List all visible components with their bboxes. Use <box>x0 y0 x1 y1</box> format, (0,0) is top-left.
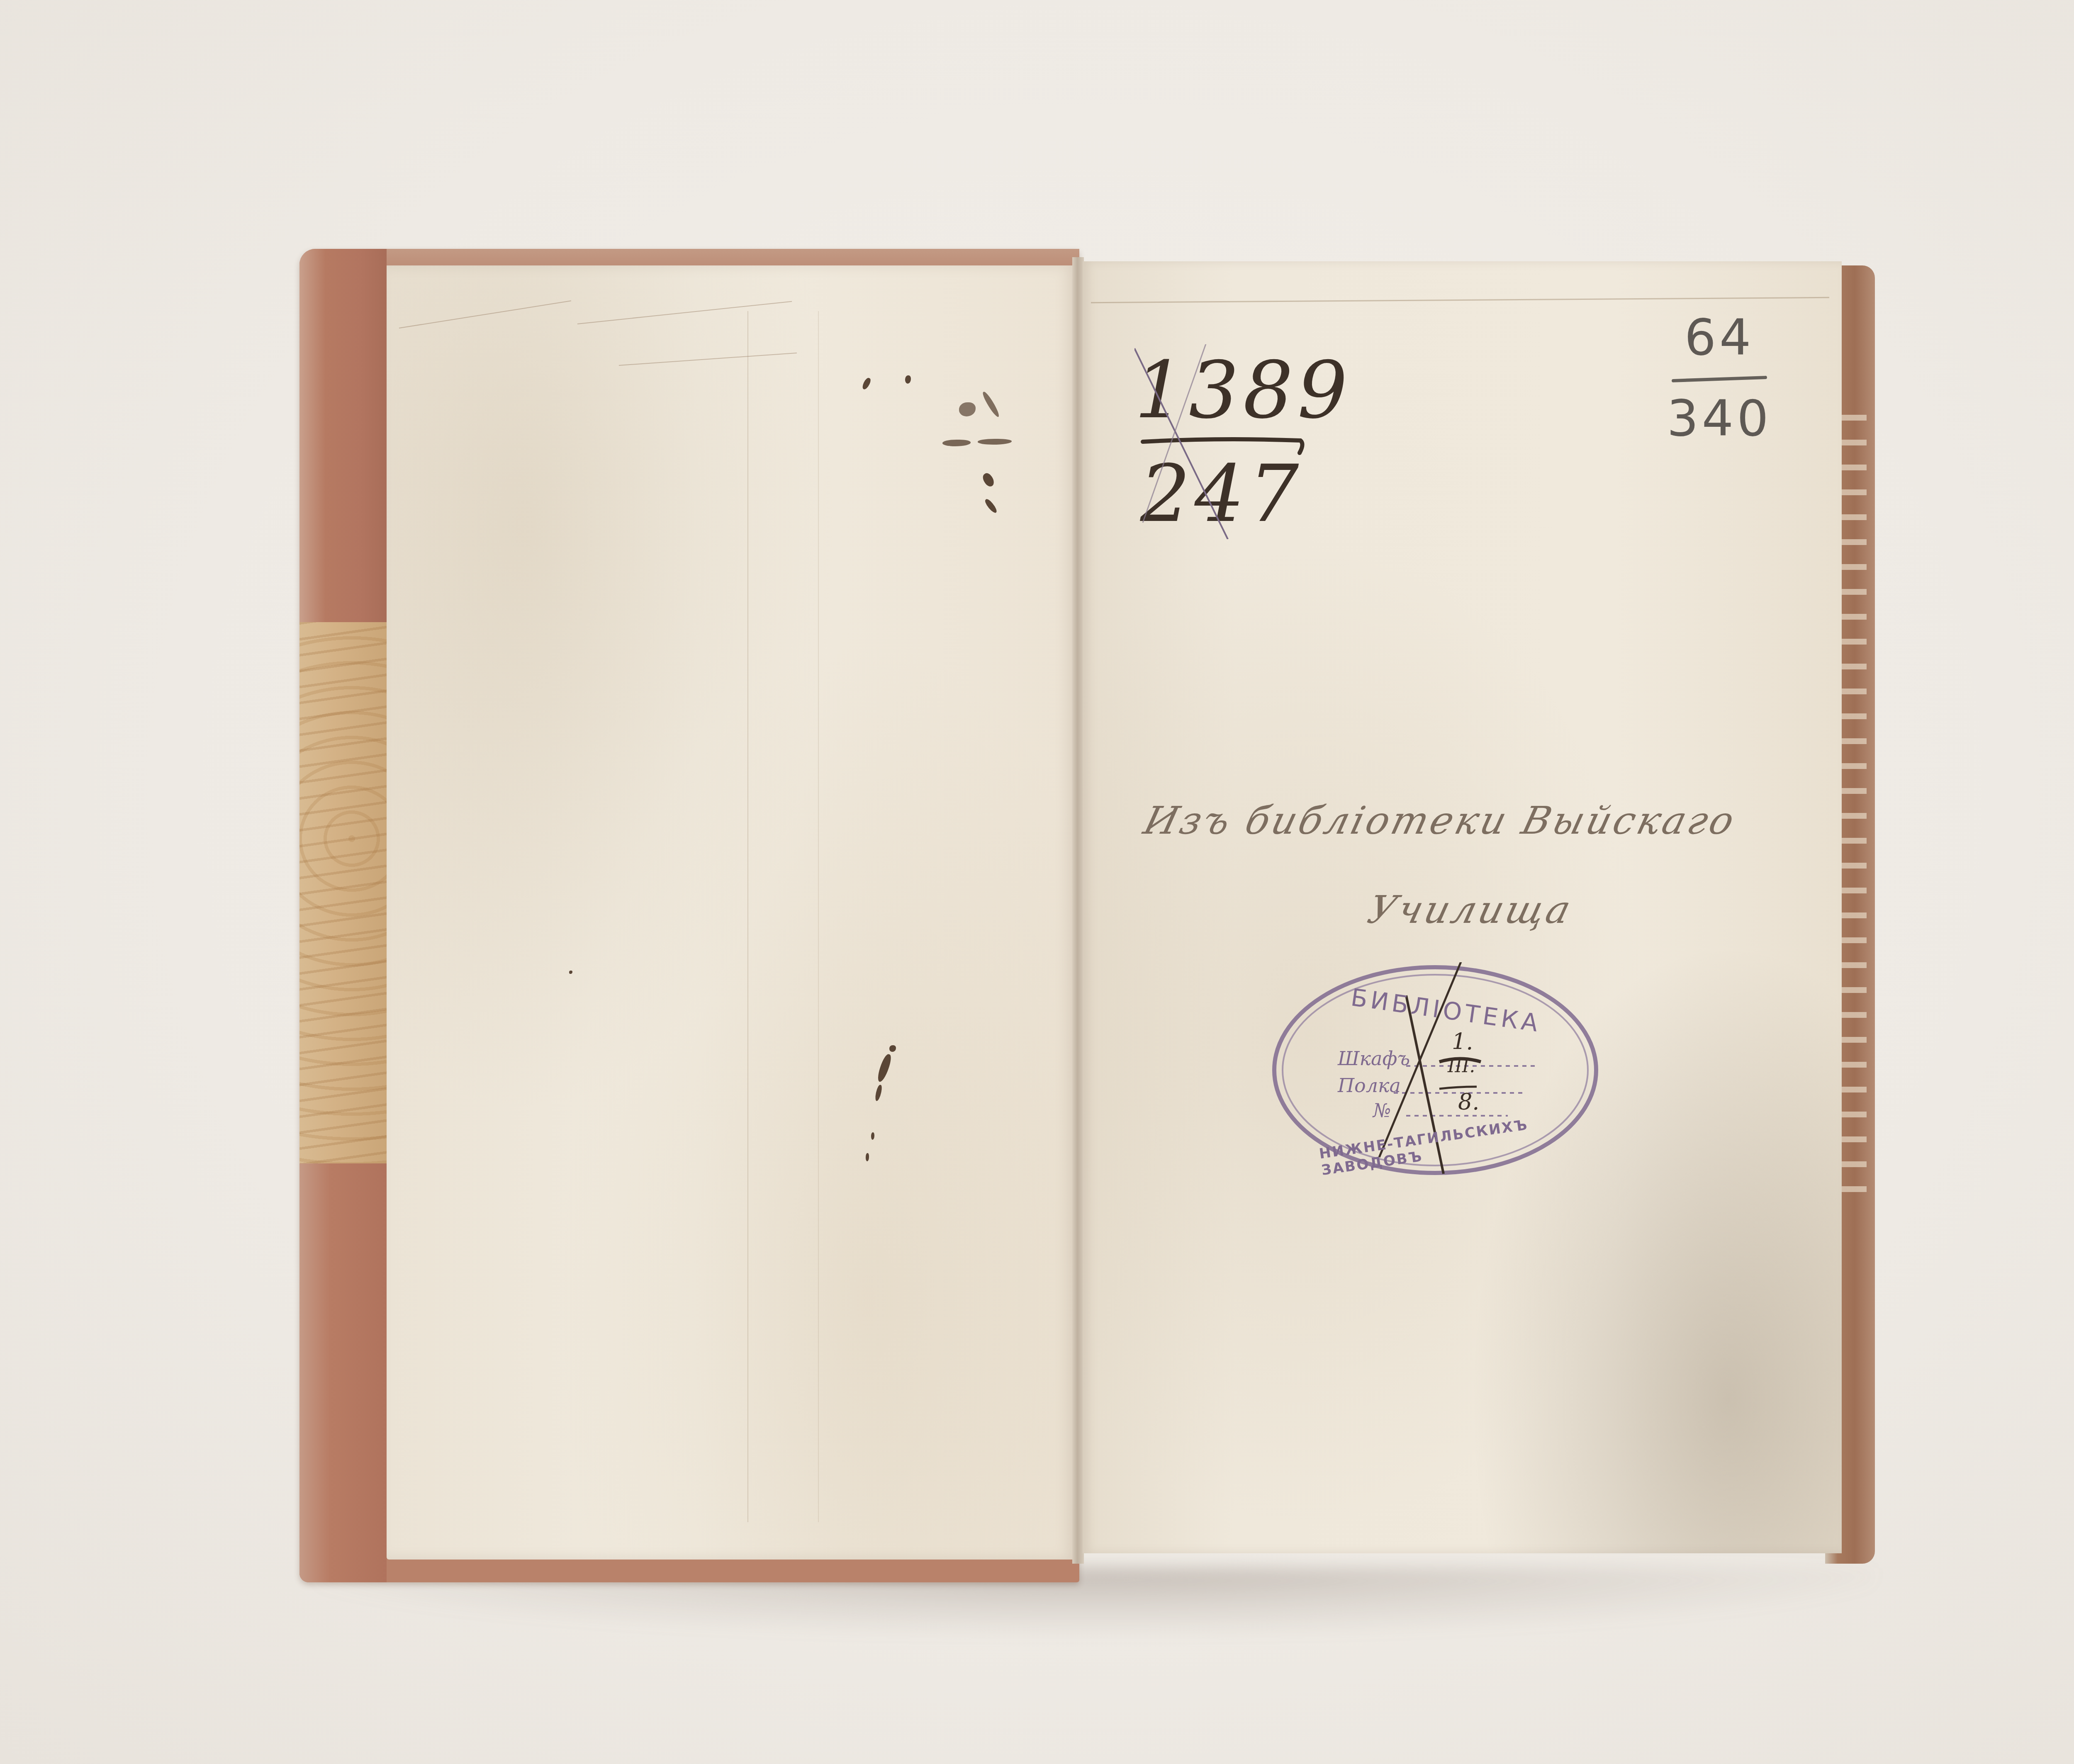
worn-leather-edge <box>1838 415 1867 1203</box>
fraction-bar <box>1672 376 1767 382</box>
ink-blot <box>861 377 871 390</box>
ink-dash <box>942 440 971 446</box>
ink-blot <box>983 498 998 514</box>
inscription-line-1: Изъ библіотеки Выйскаго <box>1139 798 1741 843</box>
ink-blot <box>981 472 996 488</box>
pencil-top-number: 64 <box>1655 309 1784 367</box>
ink-blot <box>959 402 976 416</box>
stamp-field-value-number: 8. <box>1458 1089 1480 1115</box>
shelfmark-strikeout-icon <box>1134 344 1309 539</box>
page-fold-line <box>747 311 748 1522</box>
stamp-field-value-shelf-row: III. <box>1448 1056 1475 1077</box>
ink-blot <box>905 375 911 384</box>
ink-blot <box>981 391 1001 418</box>
marbled-paper-panel <box>299 622 387 1163</box>
leather-corner-top <box>299 249 387 622</box>
ink-blot <box>871 1132 874 1140</box>
page-fold-line <box>818 311 819 1522</box>
page-crease <box>399 300 571 328</box>
ink-blot <box>866 1153 869 1161</box>
page-crease <box>1091 297 1829 303</box>
ink-streak <box>874 1084 883 1102</box>
ink-blot <box>889 1045 896 1052</box>
inscription-line-2: Училища <box>1363 888 1577 932</box>
ink-speck <box>569 971 572 974</box>
page-crease <box>577 301 792 324</box>
pencil-shelfmark: 64 340 <box>1655 309 1784 458</box>
stamp-field-label-shelf-row: Полка <box>1338 1074 1401 1097</box>
library-stamp: БИБЛІОТЕКА Шкафъ 1. Полка III. № 8. НИЖН… <box>1269 962 1601 1178</box>
pencil-bottom-number: 340 <box>1655 390 1784 448</box>
page-crease <box>619 353 797 366</box>
left-flyleaf-page <box>387 265 1075 1560</box>
ink-dash <box>978 439 1012 445</box>
ink-streak <box>876 1053 893 1083</box>
old-shelfmark: 1389 247 <box>1134 344 1309 539</box>
stamp-field-label-shelf: Шкафъ <box>1338 1047 1410 1070</box>
stamp-field-label-number: № <box>1373 1099 1391 1122</box>
leather-corner-bottom <box>299 1163 387 1582</box>
book-photo-scene: 1389 247 64 340 Изъ библіотеки Выйскаго … <box>0 0 2074 1764</box>
book-gutter <box>1072 257 1084 1564</box>
stamp-field-value-shelf: 1. <box>1452 1029 1473 1055</box>
